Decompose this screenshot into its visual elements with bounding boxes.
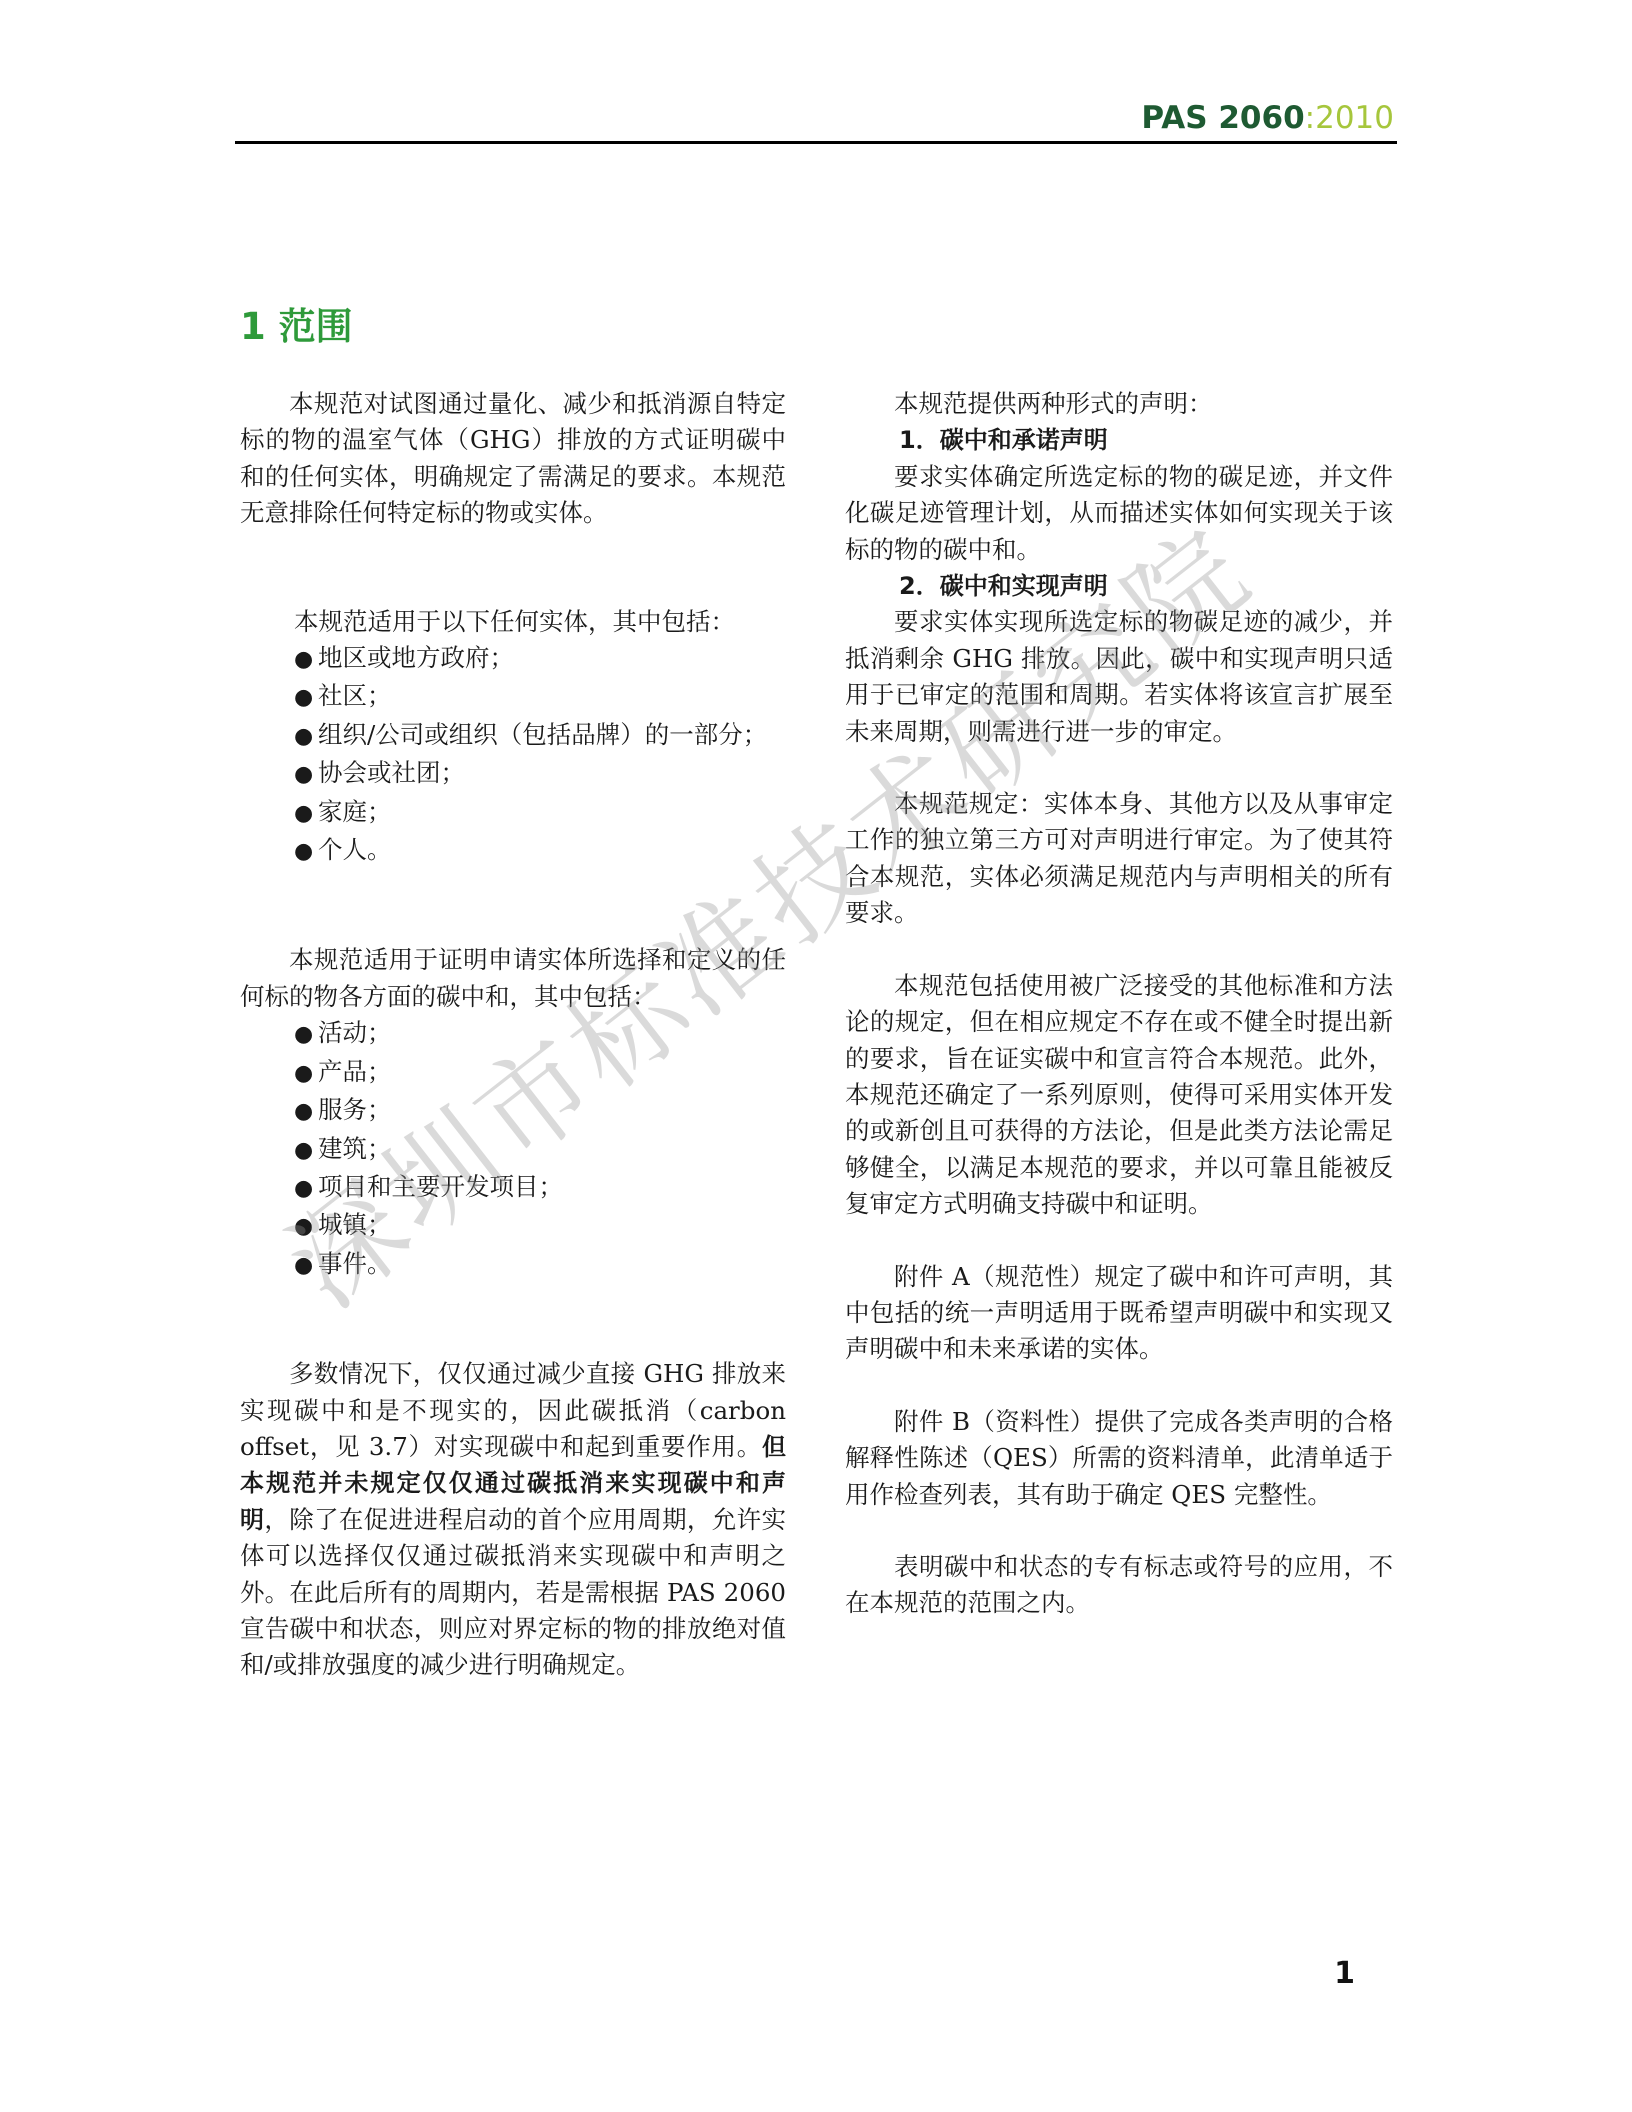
list-item: ●项目和主要开发项目；: [294, 1169, 786, 1207]
bullet-icon: ●: [294, 1209, 318, 1245]
list-item: ●城镇；: [294, 1207, 786, 1245]
list-item: ●地区或地方政府；: [294, 640, 786, 678]
list-item: ●协会或社团；: [294, 755, 786, 793]
subjects-lead: 本规范适用于证明申请实体所选择和定义的任何标的物各方面的碳中和，其中包括：: [240, 942, 786, 1015]
form1-title: 1．碳中和承诺声明: [845, 422, 1393, 458]
left-column: 本规范对试图通过量化、减少和抵消源自特定标的物的温室气体（GHG）排放的方式证明…: [240, 386, 786, 1684]
forms-lead: 本规范提供两种形式的声明：: [845, 386, 1393, 422]
form1-body: 要求实体确定所选定标的物的碳足迹，并文件化碳足迹管理计划，从而描述实体如何实现关…: [845, 459, 1393, 568]
bullet-icon: ●: [294, 1133, 318, 1169]
list-item: ●服务；: [294, 1092, 786, 1130]
bullet-icon: ●: [294, 796, 318, 832]
list-item: ●事件。: [294, 1246, 786, 1284]
intro-paragraph: 本规范对试图通过量化、减少和抵消源自特定标的物的温室气体（GHG）排放的方式证明…: [240, 386, 786, 532]
bullet-icon: ●: [294, 1248, 318, 1284]
bullet-icon: ●: [294, 1056, 318, 1092]
form2-title: 2．碳中和实现声明: [845, 568, 1393, 604]
document-brand: PAS 2060:2010: [1141, 100, 1394, 136]
annex-a-paragraph: 附件 A（规范性）规定了碳中和许可声明，其中包括的统一声明适用于既希望声明碳中和…: [845, 1259, 1393, 1368]
bullet-icon: ●: [294, 1094, 318, 1130]
bullet-icon: ●: [294, 1171, 318, 1207]
methodology-paragraph: 本规范包括使用被广泛接受的其他标准和方法论的规定，但在相应规定不存在或不健全时提…: [845, 968, 1393, 1223]
page-number: 1: [1334, 1956, 1355, 1991]
brand-separator: :: [1305, 100, 1315, 136]
bullet-icon: ●: [294, 834, 318, 870]
annex-b-paragraph: 附件 B（资料性）提供了完成各类声明的合格解释性陈述（QES）所需的资料清单，此…: [845, 1404, 1393, 1513]
offset-paragraph: 多数情况下，仅仅通过减少直接 GHG 排放来实现碳中和是不现实的，因此碳抵消（c…: [240, 1356, 786, 1684]
logo-note-paragraph: 表明碳中和状态的专有标志或符号的应用，不在本规范的范围之内。: [845, 1549, 1393, 1622]
brand-year: 2010: [1315, 100, 1394, 136]
list-item: ●家庭；: [294, 794, 786, 832]
bullet-icon: ●: [294, 719, 318, 755]
list-item: ●社区；: [294, 678, 786, 716]
header-rule: [235, 141, 1397, 144]
subjects-list: ●活动； ●产品； ●服务； ●建筑； ●项目和主要开发项目； ●城镇； ●事件…: [240, 1015, 786, 1284]
section-title: 1 范围: [240, 296, 353, 350]
form2-body: 要求实体实现所选定标的物碳足迹的减少，并抵消剩余 GHG 排放。因此，碳中和实现…: [845, 604, 1393, 750]
list-item: ●建筑；: [294, 1131, 786, 1169]
bullet-icon: ●: [294, 757, 318, 793]
validation-paragraph: 本规范规定：实体本身、其他方以及从事审定工作的独立第三方可对声明进行审定。为了使…: [845, 786, 1393, 932]
entities-list: ●地区或地方政府； ●社区； ●组织/公司或组织（包括品牌）的一部分； ●协会或…: [240, 640, 786, 870]
list-item: ●活动；: [294, 1015, 786, 1053]
bullet-icon: ●: [294, 680, 318, 716]
bullet-icon: ●: [294, 642, 318, 678]
list-item: ●个人。: [294, 832, 786, 870]
entities-lead: 本规范适用于以下任何实体，其中包括：: [240, 604, 786, 640]
list-item: ●产品；: [294, 1054, 786, 1092]
brand-main: PAS 2060: [1141, 100, 1304, 136]
right-column: 本规范提供两种形式的声明： 1．碳中和承诺声明 要求实体确定所选定标的物的碳足迹…: [845, 386, 1393, 1622]
list-item: ●组织/公司或组织（包括品牌）的一部分；: [240, 717, 786, 755]
bullet-icon: ●: [294, 1017, 318, 1053]
